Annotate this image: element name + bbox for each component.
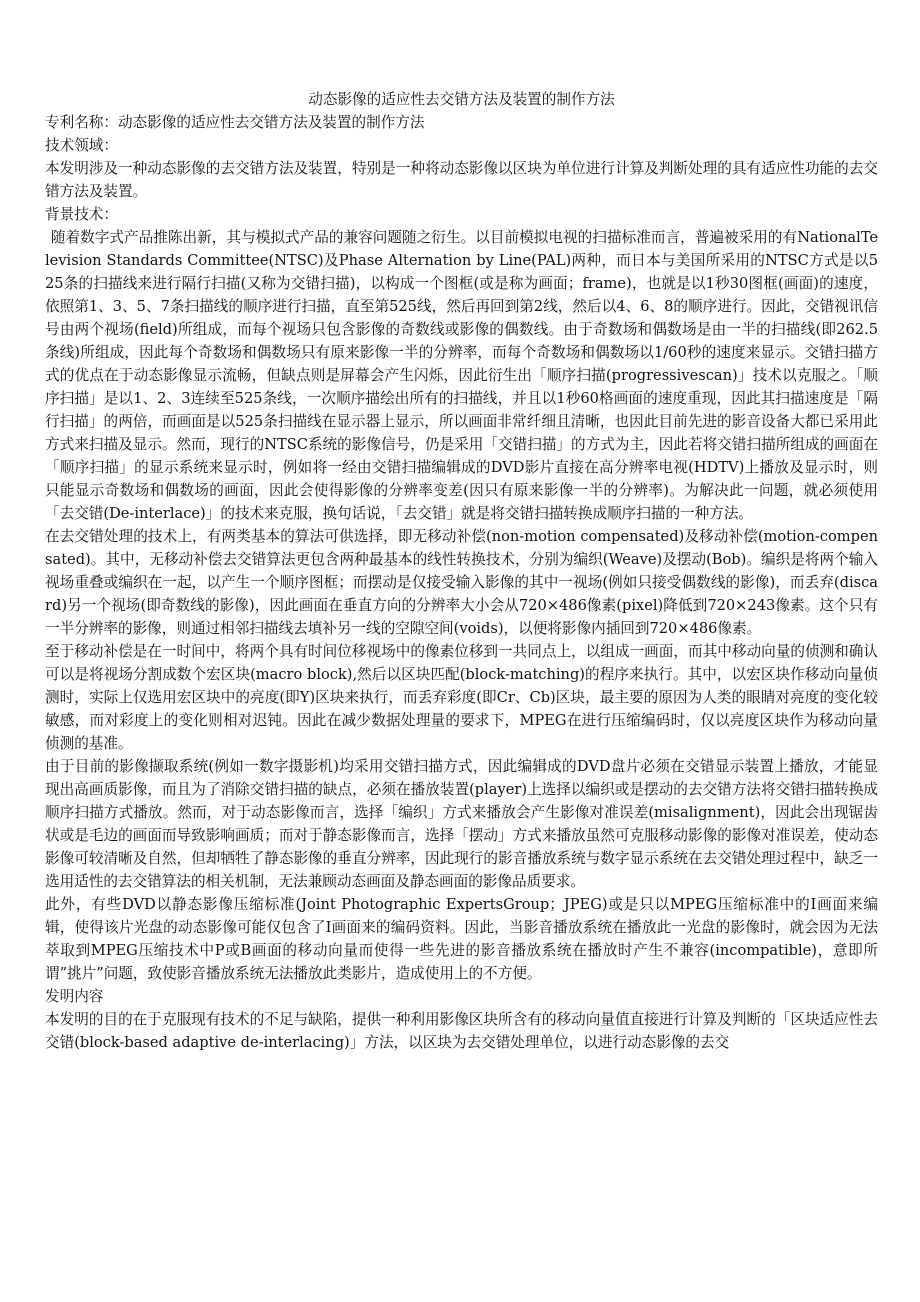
background-paragraph-1: 随着数字式产品推陈出新，其与模拟式产品的兼容问题随之衍生。以目前模拟电视的扫描标… [45, 226, 878, 525]
background-paragraph-4: 由于目前的影像撷取系统(例如一数字摄影机)均采用交错扫描方式，因此编辑成的DVD… [45, 755, 878, 893]
invention-heading: 发明内容 [45, 985, 878, 1008]
background-paragraph-3: 至于移动补偿是在一时间中，将两个具有时间位移视场中的像素位移到一共同点上，以组成… [45, 640, 878, 755]
background-paragraph-2: 在去交错处理的技术上，有两类基本的算法可供选择，即无移动补偿(non-motio… [45, 525, 878, 640]
field-heading: 技术领域： [45, 134, 878, 157]
background-paragraph-5: 此外，有些DVD以静态影像压缩标准(Joint Photographic Exp… [45, 893, 878, 985]
background-heading: 背景技术： [45, 203, 878, 226]
document-page: 动态影像的适应性去交错方法及装置的制作方法 专利名称：动态影像的适应性去交错方法… [45, 88, 878, 1054]
invention-paragraph: 本发明的目的在于克服现有技术的不足与缺陷，提供一种利用影像区块所含有的移动向量值… [45, 1008, 878, 1054]
field-paragraph: 本发明涉及一种动态影像的去交错方法及装置，特别是一种将动态影像以区块为单位进行计… [45, 157, 878, 203]
patent-name: 专利名称：动态影像的适应性去交错方法及装置的制作方法 [45, 111, 878, 134]
document-title: 动态影像的适应性去交错方法及装置的制作方法 [45, 88, 878, 111]
